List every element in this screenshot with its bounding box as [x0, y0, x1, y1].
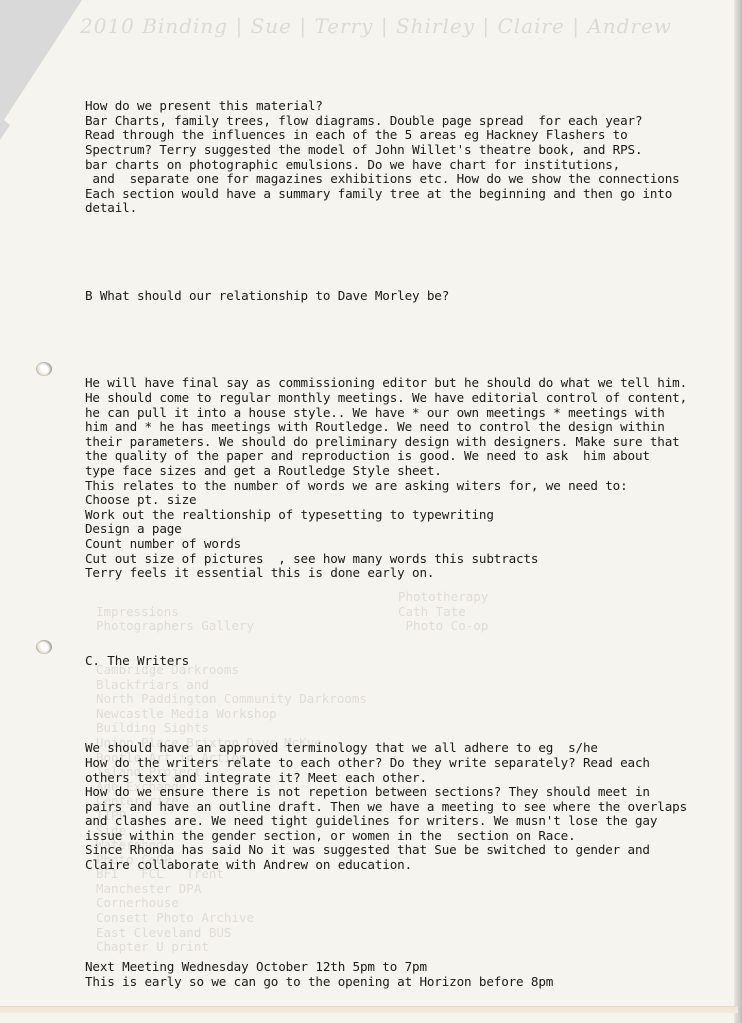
- text-line: Next Meeting Wednesday October 12th 5pm …: [85, 960, 705, 975]
- page-edge: [734, 0, 742, 1023]
- text-line: How do we present this material?: [85, 99, 705, 114]
- section-c-heading: C. The Writers: [85, 654, 705, 669]
- text-line: This is early so we can go to the openin…: [85, 975, 705, 990]
- section-presentation: How do we present this material?Bar Char…: [85, 99, 705, 216]
- text-line: Bar Charts, family trees, flow diagrams.…: [85, 114, 705, 129]
- text-line: How do the writers relate to each other?…: [85, 756, 705, 771]
- text-line: issue within the gender section, or wome…: [85, 829, 705, 844]
- text-line: Claire collaborate with Andrew on educat…: [85, 858, 705, 873]
- text-line: He will have final say as commissioning …: [85, 376, 705, 391]
- text-line: others text and integrate it? Meet each …: [85, 771, 705, 786]
- text-line: him and * he has meetings with Routledge…: [85, 420, 705, 435]
- text-line: Terry feels it essential this is done ea…: [85, 566, 705, 581]
- text-line: he can pull it into a house style.. We h…: [85, 406, 705, 421]
- text-line: bar charts on photographic emulsions. Do…: [85, 158, 705, 173]
- section-b-heading: B What should our relationship to Dave M…: [85, 289, 705, 304]
- text-line: pairs and have an outline draft. Then we…: [85, 800, 705, 815]
- text-line: Design a page: [85, 522, 705, 537]
- text-line: How do we ensure there is not repetion b…: [85, 785, 705, 800]
- typed-minutes: How do we present this material?Bar Char…: [85, 70, 705, 1019]
- text-line: the quality of the paper and reproductio…: [85, 449, 705, 464]
- text-line: Read through the influences in each of t…: [85, 128, 705, 143]
- text-line: He should come to regular monthly meetin…: [85, 391, 705, 406]
- text-line: type face sizes and get a Routledge Styl…: [85, 464, 705, 479]
- punch-hole: [36, 640, 52, 654]
- next-meeting: Next Meeting Wednesday October 12th 5pm …: [85, 960, 705, 989]
- document-page: 2010 Binding | Sue | Terry | Shirley | C…: [0, 0, 738, 1023]
- text-line: Choose pt. size: [85, 493, 705, 508]
- text-line: Since Rhonda has said No it was suggeste…: [85, 843, 705, 858]
- punch-hole: [36, 362, 52, 376]
- text-line: and clashes are. We need tight guideline…: [85, 814, 705, 829]
- text-line: detail.: [85, 201, 705, 216]
- text-line: their parameters. We should do prelimina…: [85, 435, 705, 450]
- text-line: This relates to the number of words we a…: [85, 479, 705, 494]
- text-line: Cut out size of pictures , see how many …: [85, 552, 705, 567]
- text-line: We should have an approved terminology t…: [85, 741, 705, 756]
- section-writers: We should have an approved terminology t…: [85, 741, 705, 872]
- text-line: and separate one for magazines exhibitio…: [85, 172, 705, 187]
- handwritten-header: 2010 Binding | Sue | Terry | Shirley | C…: [80, 14, 672, 38]
- page-bottom-edge: [0, 1006, 738, 1013]
- text-line: Each section would have a summary family…: [85, 187, 705, 202]
- text-line: Spectrum? Terry suggested the model of J…: [85, 143, 705, 158]
- text-line: Work out the realtionship of typesetting…: [85, 508, 705, 523]
- text-line: Count number of words: [85, 537, 705, 552]
- section-dave-morley: He will have final say as commissioning …: [85, 376, 705, 580]
